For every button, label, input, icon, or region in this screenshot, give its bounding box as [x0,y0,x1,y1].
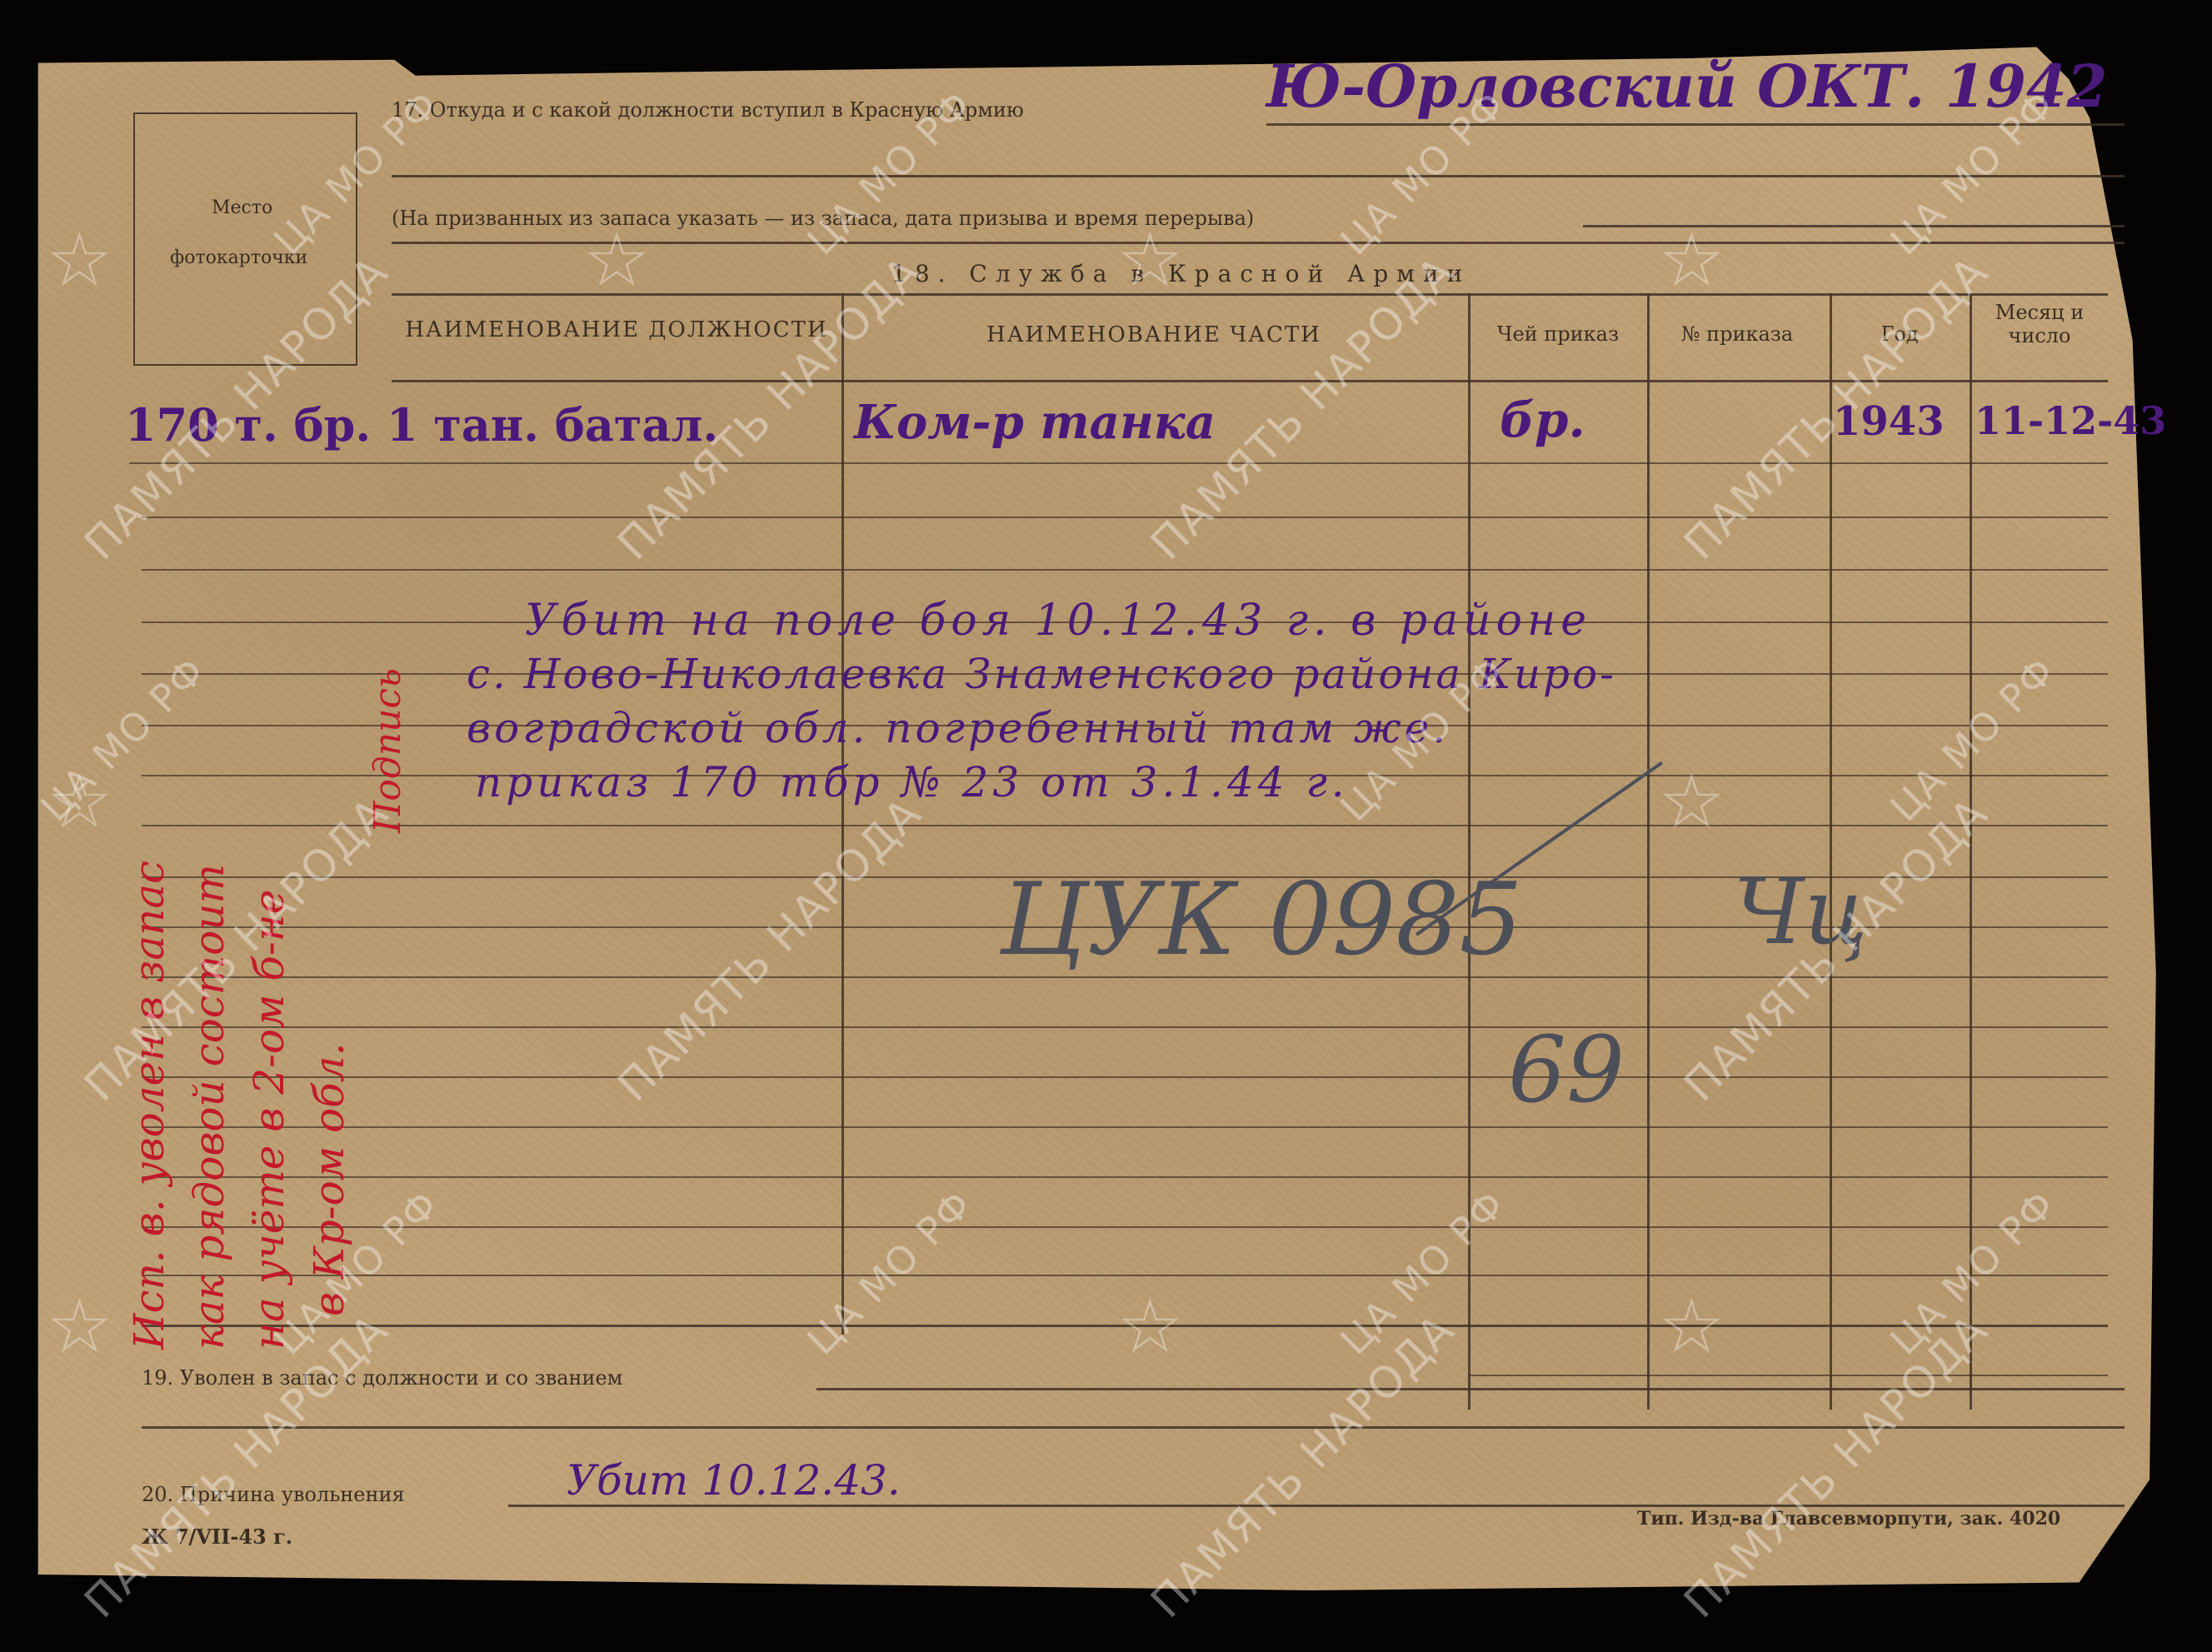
row-line [142,1275,2108,1276]
row-line [142,569,2108,571]
row1-unit: Ком-р танка [854,395,1216,450]
printer-imprint: Тип. Изд-ва Главсевморпути, зак. 4020 [1637,1508,2060,1530]
section17-note-label: (На призванных из запаса указать — из за… [392,207,1254,230]
row1-month-day: 11-12-43 [1975,398,2166,443]
col-header-unit: НАИМЕНОВАНИЕ ЧАСТИ [846,323,1462,348]
section17-divider [392,242,2125,244]
col-header-year: Год [1833,323,1966,347]
col-header-whose-order: Чей приказ [1471,323,1645,347]
red-note-line-4: в Кр-ом обл. [305,1043,353,1316]
photo-label-line1: Место [212,197,272,218]
col-header-position: НАИМЕНОВАНИЕ ДОЛЖНОСТИ [392,318,841,343]
row-line [142,1026,2108,1028]
pencil-initials: Чц [1733,858,1868,965]
photo-label-line2: фотокарточки [170,247,307,268]
row-line [142,1176,2108,1178]
red-note-signature: Подпись [367,668,409,833]
pencil-archive-sub: 69 [1508,1016,1625,1123]
row-line [142,517,2108,518]
section17-line [1266,123,2125,126]
note-line-2: с. Ново-Николаевка Знаменского района Ки… [467,650,1616,698]
row-line [1468,1375,2108,1376]
table-bottom-border [142,1325,2108,1327]
section20-label: 20. Причина увольнения [142,1483,405,1506]
table-header-border [392,380,2108,382]
note-line-4: приказ 170 тбр № 23 от 3.1.44 г. [475,758,1349,806]
section17-note-line [1583,225,2125,227]
section17-handwritten: Ю-Орловский ОКТ. 1942 [1266,52,2107,121]
section19-line2 [142,1426,2125,1429]
red-note-line-3: на учёте в 2-ом б-не [245,890,293,1350]
red-note-line-2: как рядовой состоит [185,864,233,1350]
col-divider-2 [1468,293,1471,1410]
row-line [142,825,2108,826]
note-line-3: воградской обл. погребенный там же. [467,704,1449,752]
row1-year: 1943 [1833,398,1945,445]
col-divider-5 [1970,293,1972,1410]
section20-line [508,1505,2125,1507]
row-line [142,1126,2108,1128]
photo-placeholder-box: Место фотокарточки [133,112,357,366]
section18-title: 18. Служба в Красной Армии [891,260,1471,287]
col-divider-3 [1647,293,1650,1410]
col-header-month-day: Месяц и число [1973,302,2106,347]
row-line [142,1076,2108,1078]
section17-label: 17. Откуда и с какой должности вступил в… [392,98,1024,122]
section19-label: 19. Уволен в запас с должности и со зван… [142,1366,622,1390]
row1-position: 170 т. бр. 1 тан. батал. [125,398,718,452]
table-top-border [392,293,2108,296]
form-code: Ж 7/VII-43 г. [142,1525,292,1549]
note-line-1: Убит на поле боя 10.12.43 г. в районе [525,596,1591,646]
col-header-order-number: № приказа [1650,323,1825,347]
row-line [129,462,2108,464]
col-divider-1 [841,293,844,1335]
row1-whose-order: бр. [1500,392,1585,448]
section19-line [816,1388,2125,1390]
section20-value: Убит 10.12.43. [567,1456,901,1505]
pencil-archive-code: ЦУК 0985 [1000,862,1523,978]
col-divider-4 [1830,293,1832,1410]
row-line [142,1226,2108,1228]
section17-line2 [392,175,2125,177]
red-note-line-1: Исп. в. уволен в запас [125,861,173,1350]
